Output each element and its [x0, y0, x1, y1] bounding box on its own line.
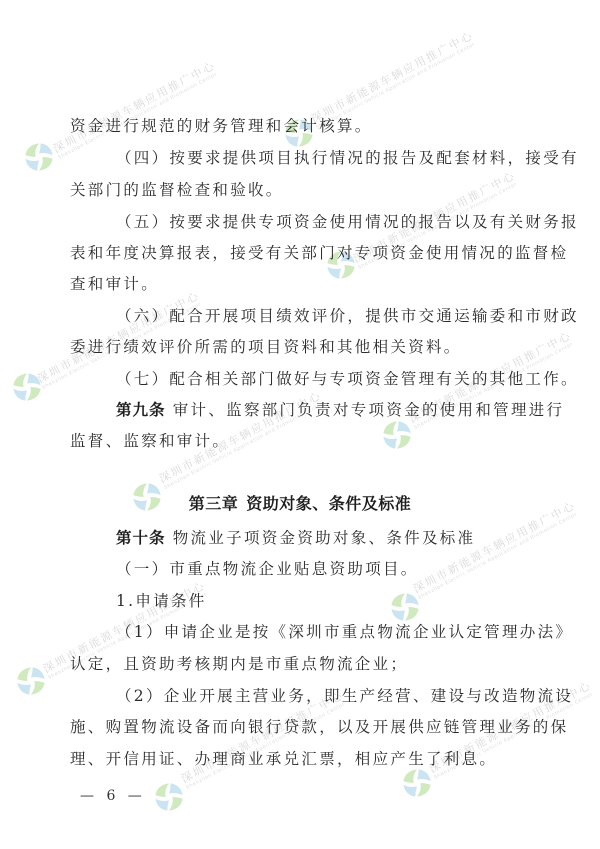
clause-6: （六）配合开展项目绩效评价，提供市交通运输委和市财政	[116, 306, 576, 326]
paragraph-line: 认定，且资助考核期内是市重点物流企业；	[70, 654, 530, 674]
paragraph-line: 委进行绩效评价所需的项目资料和其他相关资料。	[70, 337, 530, 357]
watermark	[152, 780, 186, 818]
watermark-logo-icon	[400, 766, 434, 800]
paragraph-line: 关部门的监督检查和验收。	[70, 180, 530, 200]
article-10-text: 物流业子项资金资助对象、条件及标准	[173, 529, 476, 547]
watermark	[10, 370, 44, 408]
document-page: 深圳市新能源车辆应用推广中心 Shenzhen Electric Vehicle…	[0, 0, 600, 849]
chapter-number: 第三章	[189, 494, 239, 513]
watermark-logo-icon	[10, 370, 44, 404]
watermark-text-cn: 深圳市新能源车辆应用推广中心	[309, 29, 476, 126]
paragraph-line: 查和审计。	[70, 274, 530, 294]
watermark	[400, 766, 434, 804]
chapter-title: 资助对象、条件及标准	[246, 494, 411, 513]
paragraph-line: 施、购置物流设备而向银行贷款，以及开展供应链管理业务的保	[70, 717, 530, 737]
watermark-logo-icon	[14, 664, 48, 698]
watermark-logo-icon	[152, 780, 186, 814]
article-10-label: 第十条	[116, 529, 166, 547]
chapter-heading: 第三章资助对象、条件及标准	[0, 491, 600, 514]
page-number: — 6 —	[80, 788, 146, 804]
watermark-text-en: Shenzhen Electric Vehicle Application an…	[417, 510, 581, 601]
article-9-label: 第九条	[116, 401, 166, 419]
section-1-title: （一）市重点物流企业贴息资助项目。	[116, 559, 576, 579]
clause-4: （四）按要求提供项目执行情况的报告及配套材料，接受有	[116, 148, 576, 168]
watermark-text-cn: 深圳市新能源车辆应用推广中心	[51, 59, 218, 156]
clause-7: （七）配合相关部门做好与专项资金管理有关的其他工作。	[116, 369, 576, 389]
article-9-text: 审计、监察部门负责对专项资金的使用和管理进行	[173, 401, 565, 419]
paragraph-line: 理、开信用证、办理商业承兑汇票，相应产生了利息。	[70, 749, 530, 769]
watermark-logo-icon	[22, 140, 56, 174]
condition-2: （2）企业开展主营业务，即生产经营、建设与改造物流设	[116, 686, 576, 706]
watermark-text: 深圳市新能源车辆应用推广中心 Shenzhen Electric Vehicle…	[50, 57, 221, 161]
subheading-conditions: 1.申请条件	[116, 591, 576, 611]
watermark	[14, 664, 48, 702]
paragraph-line: 表和年度决算报表，接受有关部门对专项资金使用情况的监督检	[70, 243, 530, 263]
article-10: 第十条 物流业子项资金资助对象、条件及标准	[116, 528, 576, 548]
paragraph-line: 资金进行规范的财务管理和会计核算。	[70, 116, 530, 136]
article-9: 第九条 审计、监察部门负责对专项资金的使用和管理进行	[116, 400, 576, 420]
clause-5: （五）按要求提供专项资金使用情况的报告以及有关财务报	[116, 212, 576, 232]
watermark-text-en: Shenzhen Electric Vehicle Application an…	[185, 700, 349, 791]
condition-1: （1）申请企业是按《深圳市重点物流企业认定管理办法》	[116, 622, 576, 642]
watermark	[22, 140, 56, 178]
paragraph-line: 监督、监察和审计。	[70, 431, 530, 451]
